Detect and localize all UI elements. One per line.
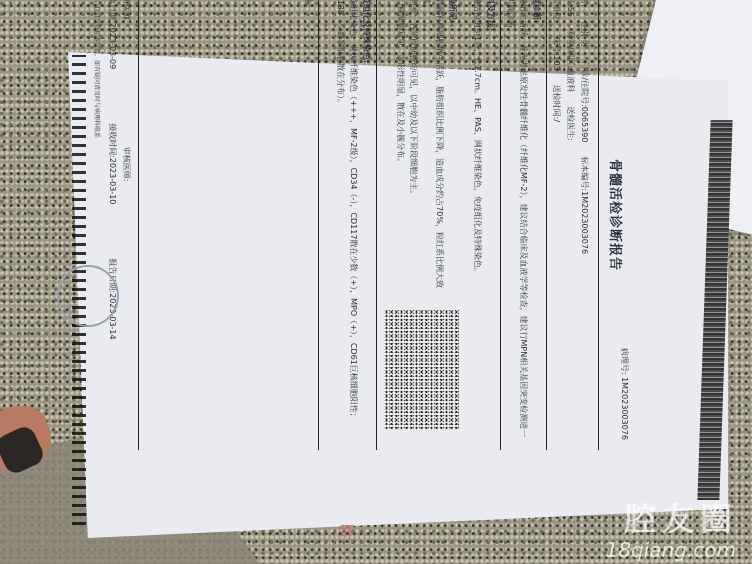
signature-row: 诊断医师: 审核医师:: [120, 0, 133, 181]
hospital-stamp: [57, 265, 119, 327]
material-section: 材料及方法:骨髓活检组织1条，长1.7cm。HE、PAS、网状纤维染色，免疫组化…: [471, 0, 497, 438]
findings-section: 镜检所见: 1. 骨髓有核细胞增生活跃，脂肪组织比例下降，造血成分约占70%，粒…: [394, 0, 459, 288]
patient-row-2: 年龄:55 科室/病区:血液科 送检医生:: [564, 0, 577, 141]
watermark-logo: 腔友圈: [624, 494, 738, 540]
watermark-url: 18qiang.com: [606, 538, 736, 562]
report-title: 骨髓活检诊断报告: [608, 0, 621, 450]
patient-row-3: 送检单位: 床号:103 送检时间:/: [550, 0, 563, 122]
pen-mark: 比: [337, 523, 357, 537]
footer-note: 本报告仅对送检标本负责，如有疑问请及时与病理科联系: [90, 0, 103, 138]
diagnosis-section: 病理诊断:骨髓增生活跃，首先考虑原发性骨髓纤维化（纤维化MF-2），建议结合临床…: [504, 0, 543, 438]
remark: 备注:: [302, 0, 315, 288]
divider: [598, 0, 599, 450]
patient-row: 姓名: 性别:男 门诊/住院号:0065390 标本编号:1M202300307…: [578, 0, 591, 254]
report-document: 病理号: 1M2023003076 骨髓活检诊断报告 姓名: 性别:男 门诊/住…: [39, 0, 639, 450]
biopsy-image: [384, 310, 459, 430]
ihc-section: 免疫组化及特殊染色:免疫组化染色：网状纤维染色（+++，MF-2级），CD34（…: [334, 0, 373, 438]
